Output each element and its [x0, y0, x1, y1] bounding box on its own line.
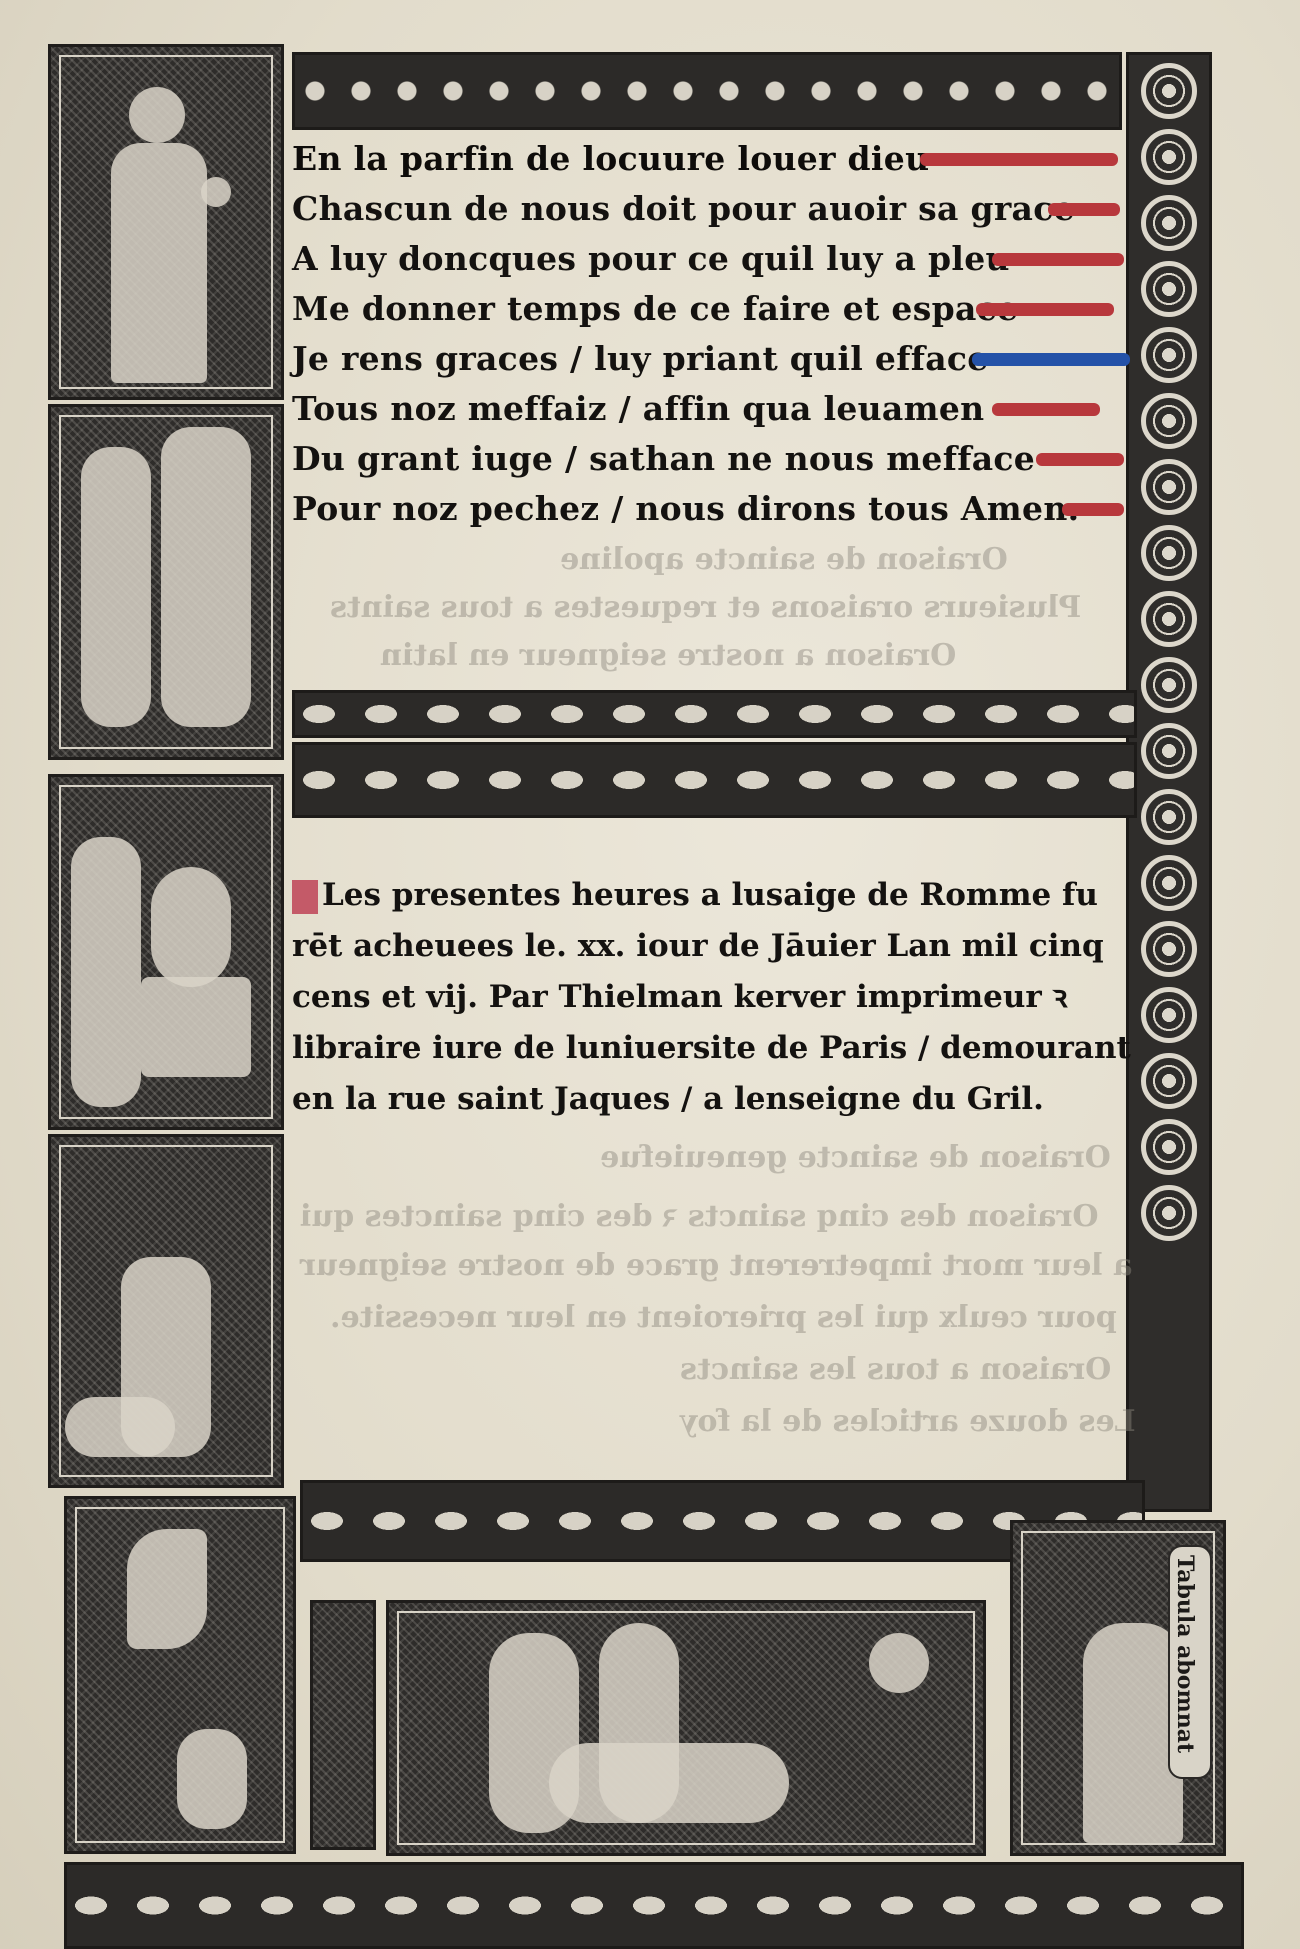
woodcut-column-detail: [310, 1600, 376, 1850]
verse-block: En la parfin de locuure louer dieu Chasc…: [292, 134, 1132, 534]
rubric-line-filler-red: [1036, 453, 1124, 466]
verse-line: Tous noz meffaiz / affin qua leuamen: [292, 384, 1132, 434]
banderole-scroll: Tabula abomnat: [1168, 1545, 1212, 1779]
verse-line: A luy doncques pour ce quil luy a pleu: [292, 234, 1132, 284]
verse-line: Du grant iuge / sathan ne nous meffacе: [292, 434, 1132, 484]
top-floral-band: [292, 52, 1122, 130]
verse-line: Me donner temps de ce faire et espace: [292, 284, 1132, 334]
rubric-line-filler-red: [976, 303, 1114, 316]
woodcut-christ-blessing: Christ blessing, holding orb with cross,…: [48, 44, 284, 400]
rubric-line-filler-blue: [972, 353, 1130, 366]
rosette-border-column: [1126, 52, 1212, 1512]
woodcut-winged-creature-panel: Foliate panel with winged creature and s…: [64, 1496, 296, 1854]
middle-leaf-band-upper: [292, 690, 1137, 738]
bottom-edge-foliate-frieze: [64, 1862, 1244, 1949]
colophon-line: Les presentes heures a lusaige de Romme …: [292, 870, 1152, 921]
rubric-line-filler-red: [992, 403, 1100, 416]
verse-line: Chascun de nous doit pour auoir sa grace: [292, 184, 1132, 234]
rubricated-initial: [292, 880, 318, 914]
rubric-line-filler-red: [1048, 203, 1120, 216]
verse-line: En la parfin de locuure louer dieu: [292, 134, 1132, 184]
rubric-line-filler-red: [1062, 503, 1124, 516]
colophon-block: Les presentes heures a lusaige de Romme …: [292, 870, 1152, 1125]
colophon-line: rēt acheuees le. xx. iour de Jāuier Lan …: [292, 921, 1152, 972]
colophon-line: en la rue saint Jaques / a lenseigne du …: [292, 1074, 1152, 1125]
middle-leaf-band-lower: [292, 742, 1137, 818]
woodcut-grotesque-riders: Grotesque figures riding beast amid foli…: [386, 1600, 986, 1856]
verse-line: Je rens graces / luy priant quil efface: [292, 334, 1132, 384]
woodcut-peasant-swine: Peasant with swine beneath tree: [48, 1134, 284, 1488]
rubric-line-filler-red: [920, 153, 1118, 166]
verse-line: Pour noz pechez / nous dirons tous Amen.: [292, 484, 1132, 534]
colophon-line: cens et vij. Par Thielman kerver imprime…: [292, 972, 1152, 1023]
colophon-line: libraire iure de luniuersite de Paris / …: [292, 1023, 1152, 1074]
woodcut-dance-of-death: Dance of Death: skeleton with crowned fi…: [48, 404, 284, 760]
rubric-line-filler-red: [992, 253, 1124, 266]
woodcut-bathing-scene: Figure bathing in a tub with attendants: [48, 774, 284, 1130]
